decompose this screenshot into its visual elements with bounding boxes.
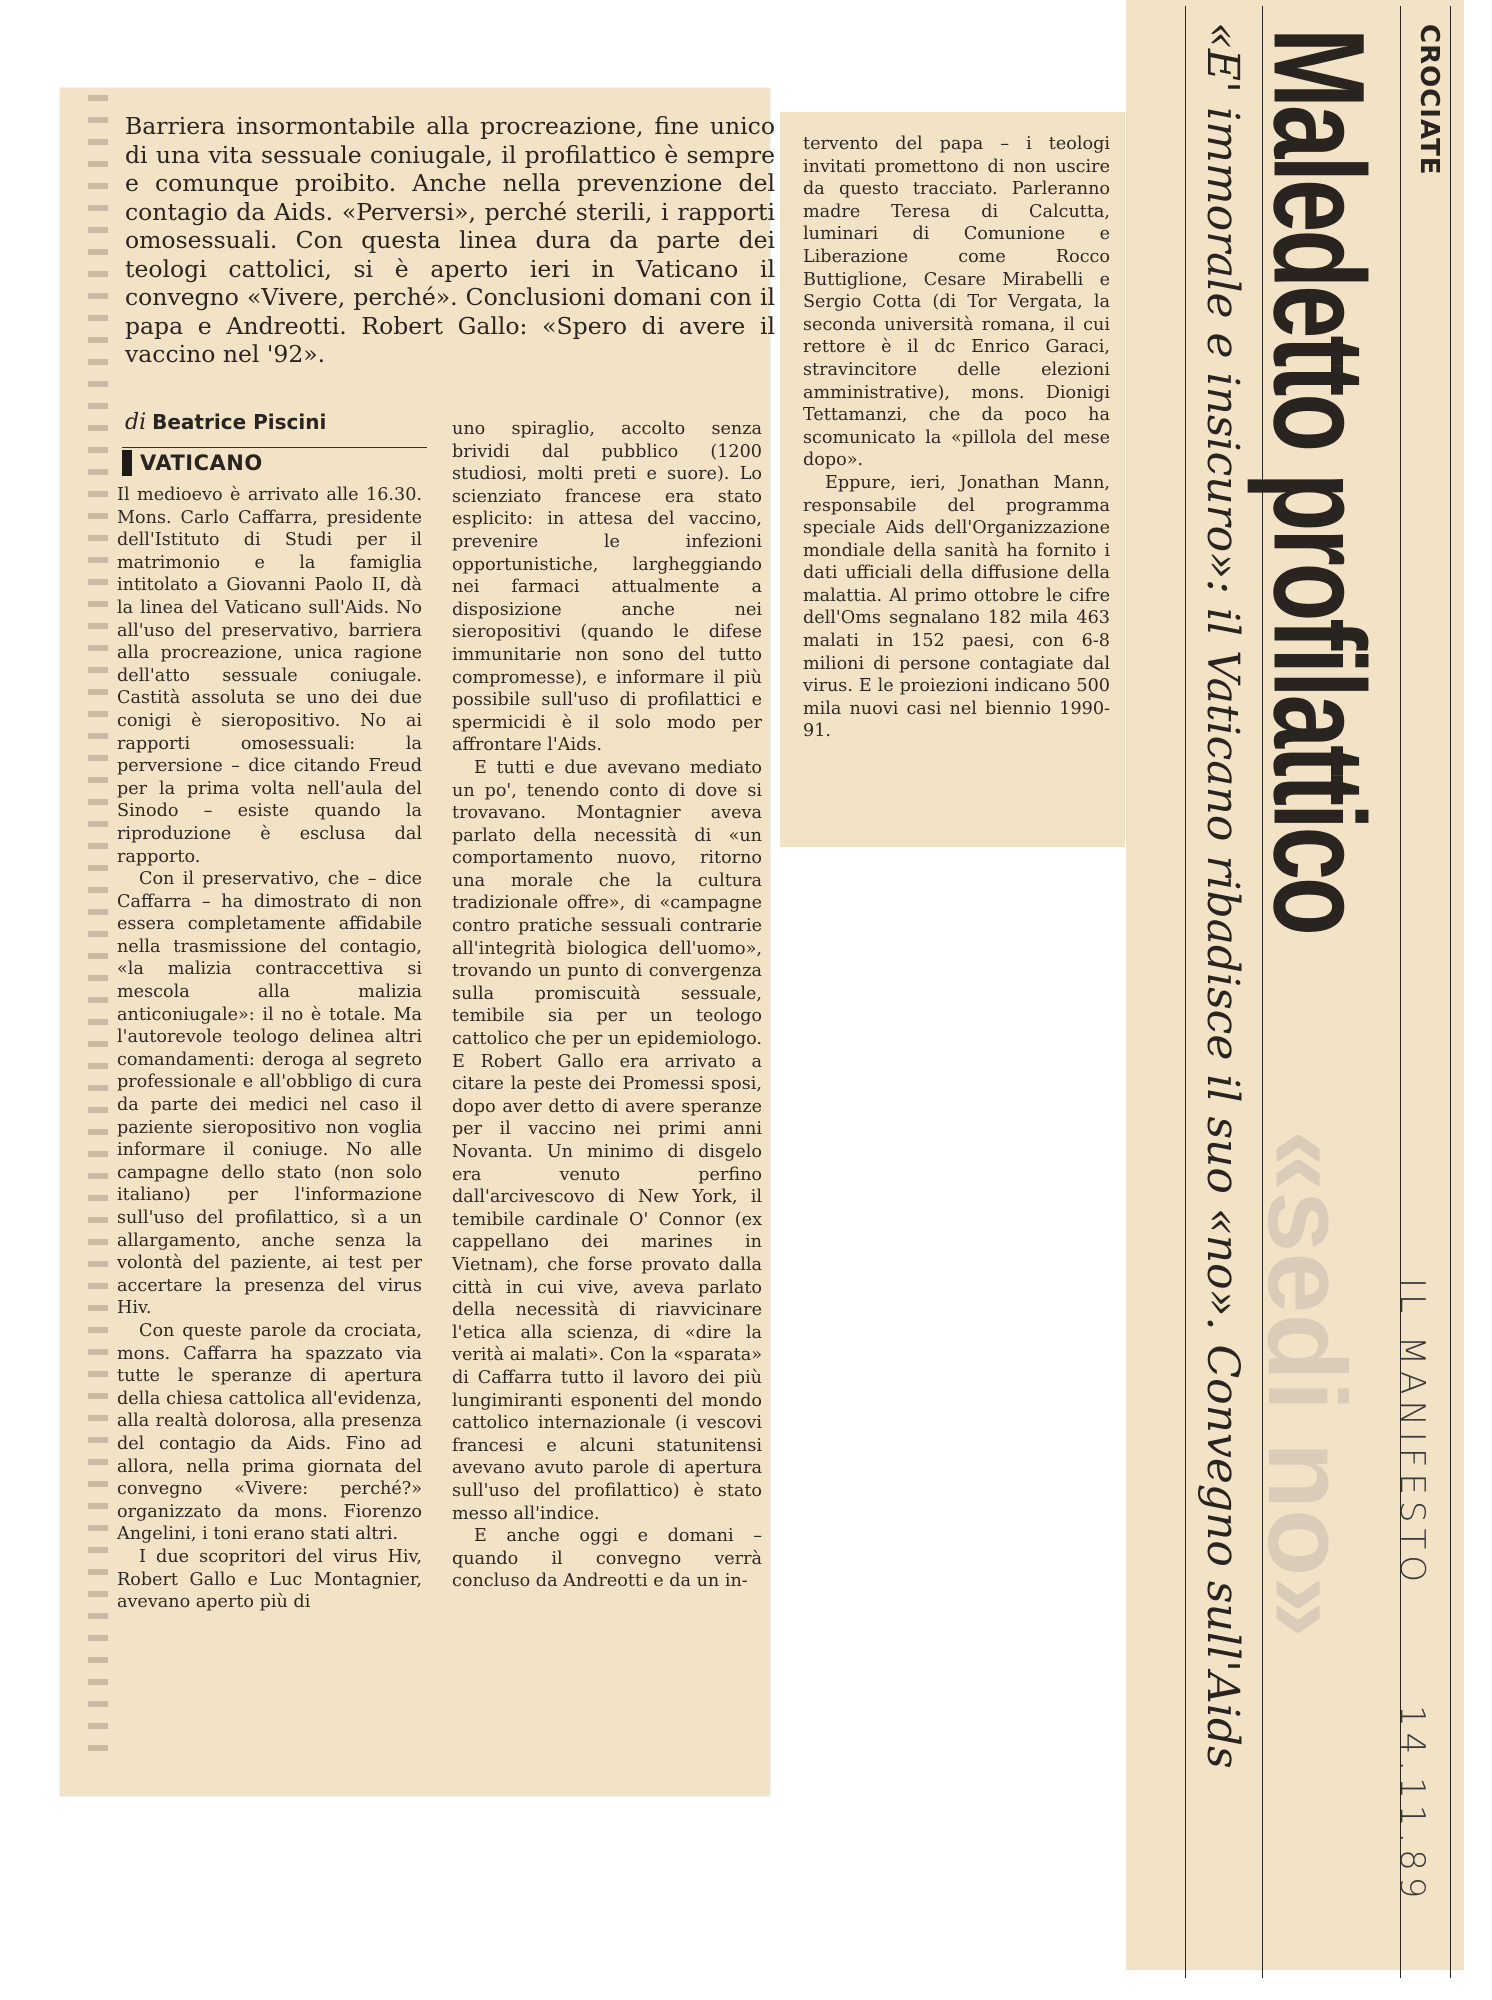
margin-bleed-marks [88,95,108,1755]
section-label: CROCIATE [1414,24,1444,176]
article-column-1: Il medioevo è arrivato alle 16.30. Mons.… [117,484,422,1614]
paragraph: Con queste parole da crociata, mons. Caf… [117,1320,422,1546]
byline: diBeatrice Piscini [125,410,326,435]
dateline: VATICANO [122,447,427,476]
paragraph: Il medioevo è arrivato alle 16.30. Mons.… [117,484,422,868]
paragraph: Con il preservativo, che – dice Caffarra… [117,868,422,1320]
byline-prefix: di [125,410,146,435]
bleed-through-text: «sedi no» [1243,1130,1370,1637]
paragraph: Eppure, ieri, Jonathan Mann, responsabil… [803,472,1110,743]
subheadline: «E' immorale e insicuro»: il Vaticano ri… [1197,22,1248,1769]
lead-paragraph: Barriera insormontabile alla procreazion… [125,112,775,369]
paragraph: I due scopritori del virus Hiv, Robert G… [117,1546,422,1614]
paragraph: E anche oggi e domani – quando il conveg… [452,1525,762,1593]
strip-rule [1185,6,1186,1978]
strip-rule [1400,6,1401,1978]
newspaper-name-handwritten: IL MANIFESTO [1392,1278,1432,1588]
paragraph: tervento del papa – i teologi invitati p… [803,133,1110,472]
article-column-3: tervento del papa – i teologi invitati p… [803,133,1110,743]
paragraph: uno spiraglio, accolto senza brividi dal… [452,418,762,757]
byline-author: Beatrice Piscini [152,410,326,434]
dateline-bar-icon [122,450,132,476]
paragraph: E tutti e due avevano mediato un po', te… [452,757,762,1525]
article-column-2: uno spiraglio, accolto senza brividi dal… [452,418,762,1593]
date-handwritten: 14.11.89 [1392,1705,1432,1904]
headline: Maledetto profilattico [1244,28,1393,933]
strip-rule [1450,6,1451,1978]
dateline-label: VATICANO [140,451,263,475]
